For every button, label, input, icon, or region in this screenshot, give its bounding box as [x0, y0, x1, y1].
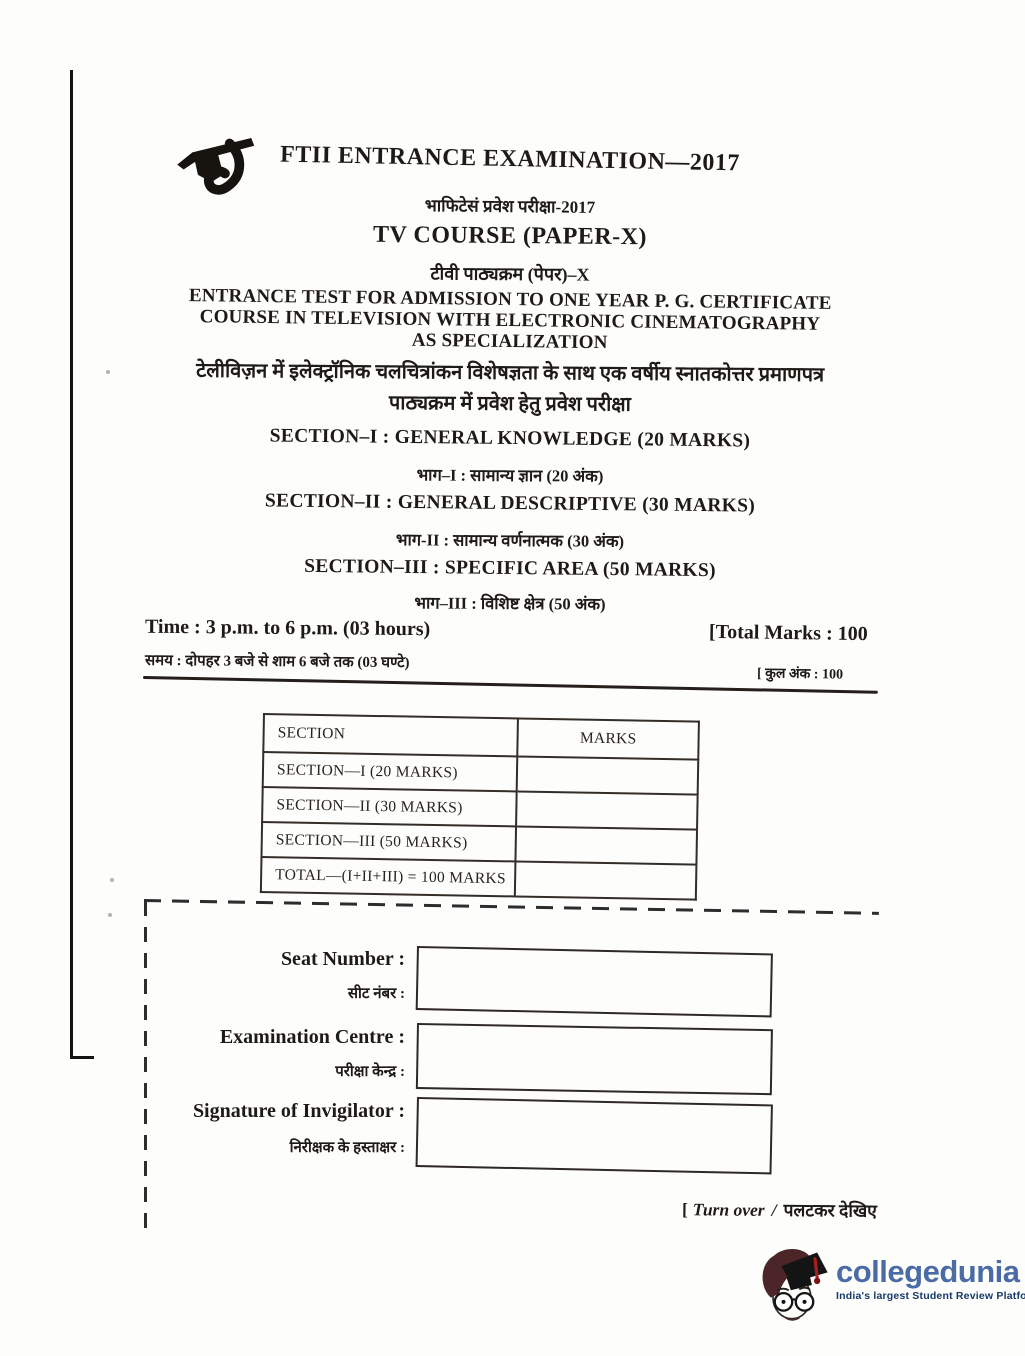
column-header-marks: MARKS	[518, 718, 699, 759]
examination-centre-label-hindi: परीक्षा केन्द्र :	[140, 1061, 405, 1081]
invigilator-signature-label: Signature of Invigilator :	[140, 1100, 405, 1123]
seat-number-label-hindi: सीट नंबर :	[140, 983, 405, 1003]
section-2-heading: SECTION–II : GENERAL DESCRIPTIVE (30 MAR…	[140, 489, 880, 519]
page-edge-line	[70, 70, 73, 1058]
time-label-hindi: समय : दोपहर 3 बजे से शाम 6 बजे तक (03 घण…	[145, 650, 410, 672]
collegedunia-mascot-icon	[756, 1243, 832, 1325]
invigilator-signature-box	[416, 1097, 773, 1174]
section-3-heading-hindi: भाग–III : विशिष्ट क्षेत्र (50 अंक)	[140, 588, 880, 616]
column-header-section: SECTION	[263, 714, 518, 756]
turn-over-separator: /	[772, 1200, 777, 1220]
scan-speck	[108, 913, 112, 917]
seat-number-label: Seat Number :	[140, 948, 405, 971]
section-cell: SECTION—III (50 MARKS)	[261, 822, 516, 861]
seat-number-box	[416, 946, 773, 1017]
entrance-description: ENTRANCE TEST FOR ADMISSION TO ONE YEAR …	[140, 284, 881, 356]
collegedunia-watermark: collegedunia .com India's largest Studen…	[756, 1243, 1025, 1325]
section-2-heading-hindi: भाग-II : सामान्य वर्णनात्मक (30 अंक)	[140, 525, 880, 553]
table-row: TOTAL—(I+II+III) = 100 MARKS	[261, 857, 697, 900]
time-label: Time : 3 p.m. to 6 p.m. (03 hours)	[145, 616, 430, 641]
scan-speck	[110, 878, 114, 882]
examination-centre-box	[416, 1023, 773, 1095]
turn-over-text-hindi: पलटकर देखिए	[783, 1200, 877, 1221]
course-title-hindi: टीवी पाठ्यक्रम (पेपर)–X	[140, 259, 880, 288]
scanned-exam-page: FTII ENTRANCE EXAMINATION—2017 भाफिटेसं …	[0, 0, 1025, 1356]
marks-cell	[516, 826, 697, 864]
collegedunia-tagline: India's largest Student Review Platform	[836, 1290, 1025, 1302]
marks-table: SECTION MARKS SECTION—I (20 MARKS) SECTI…	[260, 713, 700, 901]
cutoff-dashed-line-top	[144, 899, 879, 915]
entrance-description-hindi: टेलीविज़न में इलेक्ट्रॉनिक चलचित्रांकन व…	[140, 355, 880, 422]
section-1-heading: SECTION–I : GENERAL KNOWLEDGE (20 MARKS)	[140, 424, 880, 454]
total-marks-label-hindi: [ कुल अंक : 100	[757, 663, 843, 683]
marks-cell	[517, 756, 698, 794]
section-cell: SECTION—II (30 MARKS)	[262, 787, 517, 826]
marks-cell	[516, 791, 697, 829]
total-cell: TOTAL—(I+II+III) = 100 MARKS	[261, 857, 516, 896]
section-3-heading: SECTION–III : SPECIFIC AREA (50 MARKS)	[140, 554, 880, 584]
entrance-description-hindi-line: टेलीविज़न में इलेक्ट्रॉनिक चलचित्रांकन व…	[140, 355, 880, 391]
total-marks-label: [Total Marks : 100	[709, 621, 868, 646]
examination-centre-label: Examination Centre :	[140, 1026, 405, 1049]
marks-cell	[515, 861, 696, 899]
turn-over-bracket: [	[682, 1199, 688, 1219]
turn-over-note: [Turn over/पलटकर देखिए	[682, 1197, 877, 1223]
invigilator-signature-label-hindi: निरीक्षक के हस्ताक्षर :	[140, 1137, 405, 1157]
course-title: TV COURSE (PAPER-X)	[140, 220, 880, 253]
entrance-description-hindi-line: पाठ्यक्रम में प्रवेश हेतु प्रवेश परीक्षा	[140, 386, 880, 422]
page-edge-line-foot	[70, 1056, 94, 1059]
collegedunia-brand-text: collegedunia	[836, 1257, 1019, 1287]
collegedunia-brand-suffix: .com	[1021, 1262, 1025, 1283]
section-cell: SECTION—I (20 MARKS)	[263, 752, 518, 791]
section-1-heading-hindi: भाग–I : सामान्य ज्ञान (20 अंक)	[140, 460, 880, 488]
scan-speck	[106, 370, 110, 374]
turn-over-text: Turn over	[693, 1199, 765, 1220]
